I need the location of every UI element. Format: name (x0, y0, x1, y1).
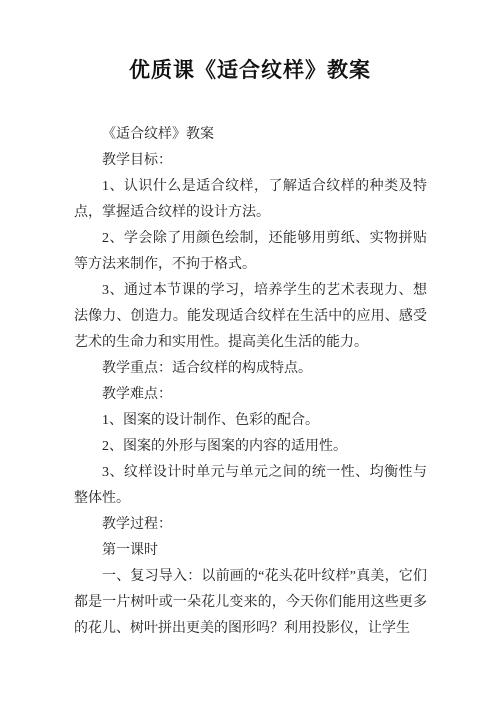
paragraph: 1、认识什么是适合纹样，了解适合纹样的种类及特点，掌握适合纹样的设计方法。 (74, 174, 427, 226)
paragraph: 教学重点：适合纹样的构成特点。 (74, 356, 427, 382)
paragraph: 教学目标： (74, 148, 427, 174)
paragraph: 1、图案的设计制作、色彩的配合。 (74, 408, 427, 434)
paragraph: 3、纹样设计时单元与单元之间的统一性、均衡性与整体性。 (74, 460, 427, 512)
document-body: 《适合纹样》教案教学目标：1、认识什么是适合纹样，了解适合纹样的种类及特点，掌握… (0, 122, 500, 642)
paragraph: 教学难点： (74, 382, 427, 408)
paragraph: 3、通过本节课的学习，培养学生的艺术表现力、想法像力、创造力。能发现适合纹样在生… (74, 278, 427, 356)
paragraph: 2、图案的外形与图案的内容的适用性。 (74, 434, 427, 460)
paragraph: 一、复习导入：以前画的“花头花叶纹样”真美，它们都是一片树叶或一朵花儿变来的，今… (74, 564, 427, 642)
paragraph: 2、学会除了用颜色绘制，还能够用剪纸、实物拼贴等方法来制作，不拘于格式。 (74, 226, 427, 278)
paragraph: 教学过程： (74, 512, 427, 538)
paragraph: 第一课时 (74, 538, 427, 564)
paragraph: 《适合纹样》教案 (74, 122, 427, 148)
document-title: 优质课《适合纹样》教案 (40, 0, 460, 85)
document-page: 优质课《适合纹样》教案 《适合纹样》教案教学目标：1、认识什么是适合纹样，了解适… (0, 0, 500, 707)
